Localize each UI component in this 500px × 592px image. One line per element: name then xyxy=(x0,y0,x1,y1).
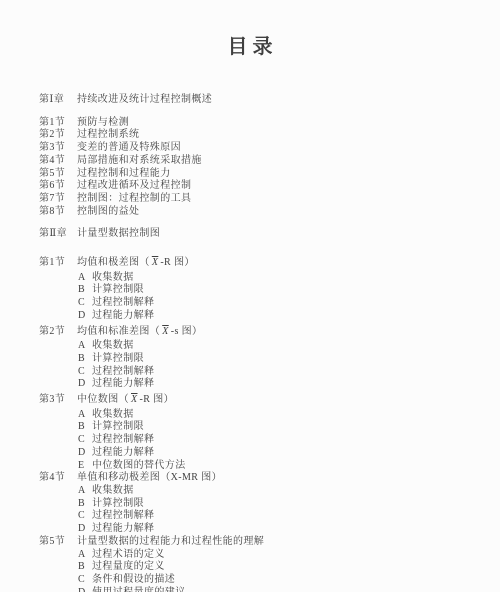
subitem-letter: C xyxy=(78,297,92,310)
section-title: 控制图：过程控制的工具 xyxy=(77,193,191,206)
subitem-letter: A xyxy=(78,340,92,353)
xbar-symbol: X xyxy=(152,257,159,268)
subitem-row: A 收集数据 xyxy=(78,272,472,285)
section-label: 第1节 xyxy=(39,117,77,130)
subitem-text: 过程控制解释 xyxy=(92,366,154,379)
section-row: 第5节 计量型数据的过程能力和过程性能的理解 xyxy=(39,536,472,549)
section-title-post: -R 图） xyxy=(140,394,175,405)
section-title-pre: 均值和极差图（ xyxy=(77,257,150,268)
section-row: 第4节 单值和移动极差图（X-MR 图） xyxy=(39,472,472,485)
subitem-letter: C xyxy=(78,510,92,523)
subitem-row: D 过程能力解释 xyxy=(78,378,472,391)
section-label: 第2节 xyxy=(39,129,77,142)
chapter-label: 第Ⅰ章 xyxy=(39,94,77,107)
section-title: 过程控制和过程能力 xyxy=(77,168,171,181)
subitem-text: 收集数据 xyxy=(92,272,134,285)
section-title: 过程控制系统 xyxy=(77,129,139,142)
subitem-text: 收集数据 xyxy=(92,340,134,353)
subitem-row: B 计算控制限 xyxy=(78,421,472,434)
subitem-row: A 收集数据 xyxy=(78,340,472,353)
chapter-label: 第Ⅱ章 xyxy=(39,228,77,241)
subitem-row: C 过程控制解释 xyxy=(78,434,472,447)
chapter-row: 第Ⅰ章 持续改进及统计过程控制概述 xyxy=(39,94,472,107)
page-title: 目录 xyxy=(0,30,500,59)
subitem-letter: D xyxy=(78,310,92,323)
subitem-letter: E xyxy=(78,460,92,473)
subitem-letter: A xyxy=(78,272,92,285)
subitem-letter: A xyxy=(78,549,92,562)
subitem-letter: C xyxy=(78,434,92,447)
section-row: 第3节 中位数图（X-R 图） xyxy=(39,391,472,409)
chapter-title: 计量型数据控制图 xyxy=(77,228,160,241)
subitem-text: 计算控制限 xyxy=(92,284,144,297)
subitem-letter: B xyxy=(78,498,92,511)
section-title: 中位数图（X-R 图） xyxy=(77,394,174,407)
section-title-post: -R 图） xyxy=(160,257,195,268)
section-title: 单值和移动极差图（X-MR 图） xyxy=(77,472,222,485)
section-label: 第5节 xyxy=(39,168,77,181)
section-title: 控制图的益处 xyxy=(77,206,139,219)
toc-page: 目录 第Ⅰ章 持续改进及统计过程控制概述 第1节 预防与检测 第2节 过程控制系… xyxy=(0,0,500,592)
section-label: 第7节 xyxy=(39,193,77,206)
subitem-row: A 收集数据 xyxy=(78,409,472,422)
section-label: 第4节 xyxy=(39,155,77,168)
section-label: 第6节 xyxy=(39,180,77,193)
section-row: 第8节 控制图的益处 xyxy=(39,206,472,219)
section-row: 第5节 过程控制和过程能力 xyxy=(39,168,472,181)
subitem-letter: B xyxy=(78,353,92,366)
section-title: 局部措施和对系统采取措施 xyxy=(77,155,202,168)
subitem-row: D 使用过程量度的建议 xyxy=(78,587,472,592)
chapter-title: 持续改进及统计过程控制概述 xyxy=(77,94,212,107)
section-label: 第4节 xyxy=(39,472,77,485)
subitem-text: 过程能力解释 xyxy=(92,310,154,323)
section-label: 第5节 xyxy=(39,536,77,549)
section-title: 预防与检测 xyxy=(77,117,129,130)
subitem-row: C 过程控制解释 xyxy=(78,366,472,379)
chapter-row: 第Ⅱ章 计量型数据控制图 xyxy=(39,228,472,241)
section-row: 第7节 控制图：过程控制的工具 xyxy=(39,193,472,206)
subitem-letter: B xyxy=(78,561,92,574)
subitem-letter: B xyxy=(78,284,92,297)
section-title: 过程改进循环及过程控制 xyxy=(77,180,191,193)
subitem-row: C 过程控制解释 xyxy=(78,510,472,523)
subitem-text: 条件和假设的描述 xyxy=(92,574,175,587)
subitem-text: 收集数据 xyxy=(92,409,134,422)
section-row: 第2节 过程控制系统 xyxy=(39,129,472,142)
subitem-row: E 中位数图的替代方法 xyxy=(78,460,472,473)
xbar-symbol: X xyxy=(131,394,138,405)
subitem-text: 中位数图的替代方法 xyxy=(92,460,186,473)
subitem-letter: D xyxy=(78,378,92,391)
subitem-text: 收集数据 xyxy=(92,485,134,498)
subitem-row: C 条件和假设的描述 xyxy=(78,574,472,587)
xbar-symbol: X xyxy=(162,326,169,337)
subitem-text: 计算控制限 xyxy=(92,421,144,434)
subitem-row: B 过程量度的定义 xyxy=(78,561,472,574)
subitem-letter: D xyxy=(78,523,92,536)
section-row: 第1节 均值和极差图（X-R 图） xyxy=(39,254,472,272)
subitem-letter: D xyxy=(78,587,92,592)
subitem-row: D 过程能力解释 xyxy=(78,447,472,460)
subitem-text: 过程能力解释 xyxy=(92,523,154,536)
subitem-text: 过程能力解释 xyxy=(92,378,154,391)
section-title: 均值和标准差图（X-s 图） xyxy=(77,326,202,339)
section-title: 均值和极差图（X-R 图） xyxy=(77,257,195,270)
subitem-text: 过程控制解释 xyxy=(92,510,154,523)
section-title: 计量型数据的过程能力和过程性能的理解 xyxy=(77,536,264,549)
subitem-text: 计算控制限 xyxy=(92,498,144,511)
section-label: 第3节 xyxy=(39,142,77,155)
subitem-row: B 计算控制限 xyxy=(78,353,472,366)
section-label: 第2节 xyxy=(39,326,77,339)
subitem-row: A 收集数据 xyxy=(78,485,472,498)
subitem-row: C 过程控制解释 xyxy=(78,297,472,310)
subitem-row: B 计算控制限 xyxy=(78,284,472,297)
subitem-text: 过程能力解释 xyxy=(92,447,154,460)
subitem-text: 过程控制解释 xyxy=(92,297,154,310)
subitem-text: 计算控制限 xyxy=(92,353,144,366)
section-title: 变差的普通及特殊原因 xyxy=(77,142,181,155)
subitem-text: 过程控制解释 xyxy=(92,434,154,447)
subitem-row: A 过程术语的定义 xyxy=(78,549,472,562)
subitem-letter: A xyxy=(78,409,92,422)
section-label: 第8节 xyxy=(39,206,77,219)
subitem-letter: C xyxy=(78,574,92,587)
section-label: 第1节 xyxy=(39,257,77,270)
subitem-row: B 计算控制限 xyxy=(78,498,472,511)
section-row: 第4节 局部措施和对系统采取措施 xyxy=(39,155,472,168)
section-row: 第6节 过程改进循环及过程控制 xyxy=(39,180,472,193)
subitem-row: D 过程能力解释 xyxy=(78,523,472,536)
subitem-letter: A xyxy=(78,485,92,498)
section-title-pre: 中位数图（ xyxy=(77,394,129,405)
subitem-text: 使用过程量度的建议 xyxy=(92,587,186,592)
section-title-pre: 均值和标准差图（ xyxy=(77,326,160,337)
section-row: 第2节 均值和标准差图（X-s 图） xyxy=(39,323,472,341)
subitem-letter: D xyxy=(78,447,92,460)
subitem-row: D 过程能力解释 xyxy=(78,310,472,323)
section-label: 第3节 xyxy=(39,394,77,407)
subitem-letter: C xyxy=(78,366,92,379)
section-title-post: -s 图） xyxy=(171,326,203,337)
subitem-text: 过程量度的定义 xyxy=(92,561,165,574)
subitem-letter: B xyxy=(78,421,92,434)
subitem-text: 过程术语的定义 xyxy=(92,549,165,562)
section-row: 第3节 变差的普通及特殊原因 xyxy=(39,142,472,155)
section-row: 第1节 预防与检测 xyxy=(39,117,472,130)
toc-list: 第Ⅰ章 持续改进及统计过程控制概述 第1节 预防与检测 第2节 过程控制系统 第… xyxy=(0,59,500,592)
